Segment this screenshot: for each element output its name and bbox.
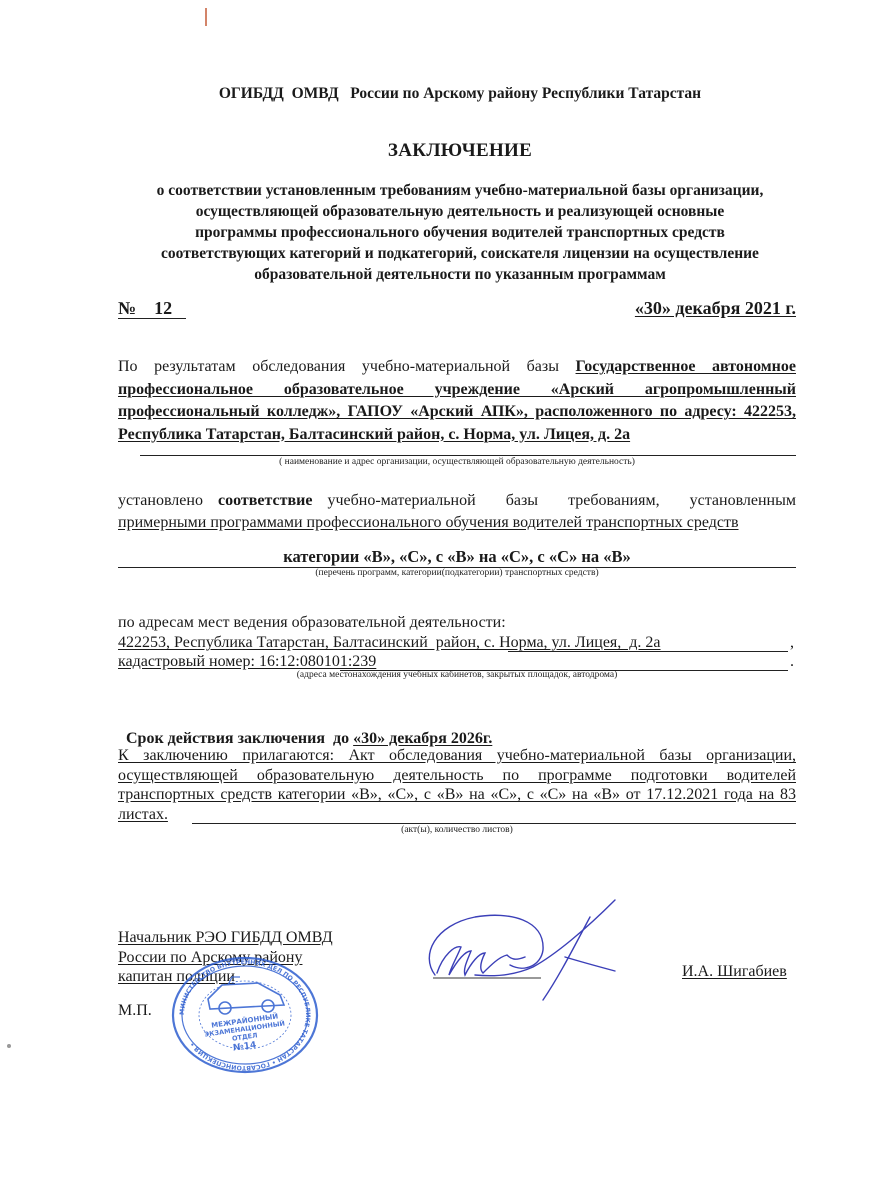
survey-intro: По результатам обследования учебно-матер… — [118, 358, 576, 375]
svg-text:№14: №14 — [232, 1040, 257, 1053]
validity-label: Срок действия заключения до — [126, 730, 353, 747]
locations-caption: (адреса местонахождения учебных кабинето… — [118, 670, 796, 680]
compliance-keyword: соответствие — [218, 492, 312, 509]
address-end-punct: , — [790, 633, 794, 653]
official-stamp: МЕЖРАЙОННЫЙ ЭКЗАМЕНАЦИОННЫЙ ОТДЕЛ №14 МИ… — [170, 955, 320, 1075]
issuing-authority: ОГИБДД ОМВД России по Арскому району Рес… — [100, 85, 820, 103]
location-address: 422253, Республика Татарстан, Балтасинск… — [118, 633, 661, 653]
seal-placeholder-label: М.П. — [118, 1002, 152, 1020]
organization-caption: ( наименование и адрес организации, осущ… — [118, 457, 796, 467]
subtitle-line: о соответствии установленным требованиям… — [100, 180, 820, 201]
subtitle-line: образовательной деятельности по указанны… — [100, 264, 820, 285]
document-date: «30» декабря 2021 г. — [635, 298, 796, 318]
scan-artifact — [7, 1044, 11, 1048]
signer-name: И.А. Шигабиев — [682, 963, 787, 981]
number-label: № — [118, 298, 136, 318]
vehicle-categories: категории «В», «С», с «В» на «С», с «С» … — [118, 547, 796, 567]
number-value: 12 — [154, 298, 172, 318]
document-number: № 12 — [118, 298, 186, 319]
cadastral-number: кадастровый номер: 16:12:080101:239 — [118, 652, 376, 672]
compliance-prefix: установлено — [118, 492, 218, 509]
document-subtitle: о соответствии установленным требованиям… — [100, 180, 820, 285]
document-title: ЗАКЛЮЧЕНИЕ — [100, 140, 820, 162]
cadastral-end-punct: . — [790, 652, 794, 672]
signature-icon — [415, 895, 645, 1005]
fill-line — [508, 651, 788, 652]
validity-period: Срок действия заключения до «30» декабря… — [118, 709, 492, 749]
handwritten-signature — [415, 895, 645, 1005]
subtitle-line: осуществляющей образовательную деятельно… — [100, 201, 820, 222]
programs-text: примерными программами профессионального… — [118, 512, 739, 534]
stamp-icon: МЕЖРАЙОННЫЙ ЭКЗАМЕНАЦИОННЫЙ ОТДЕЛ №14 МИ… — [170, 955, 320, 1075]
compliance-line: установлено соответствие учебно-материал… — [118, 490, 796, 512]
subtitle-line: программы профессионального обучения вод… — [100, 222, 820, 243]
attachment-caption: (акт(ы), количество листов) — [118, 825, 796, 835]
locations-intro: по адресам мест ведения образовательной … — [118, 613, 506, 633]
categories-caption: (перечень программ, категории(подкатегор… — [118, 568, 796, 578]
attachment-text: К заключению прилагаются: Акт обследован… — [118, 746, 796, 824]
compliance-suffix: учебно-материальной базы требованиям, ус… — [312, 492, 796, 509]
position-line: Начальник РЭО ГИБДД ОМВД — [118, 928, 333, 948]
survey-paragraph: По результатам обследования учебно-матер… — [118, 356, 796, 446]
subtitle-line: соответствующих категорий и подкатегорий… — [100, 243, 820, 264]
validity-date: «30» декабря 2026г. — [353, 730, 492, 747]
categories-text: категории «В», «С», с «В» на «С», с «С» … — [283, 547, 631, 566]
scan-artifact — [205, 8, 207, 26]
